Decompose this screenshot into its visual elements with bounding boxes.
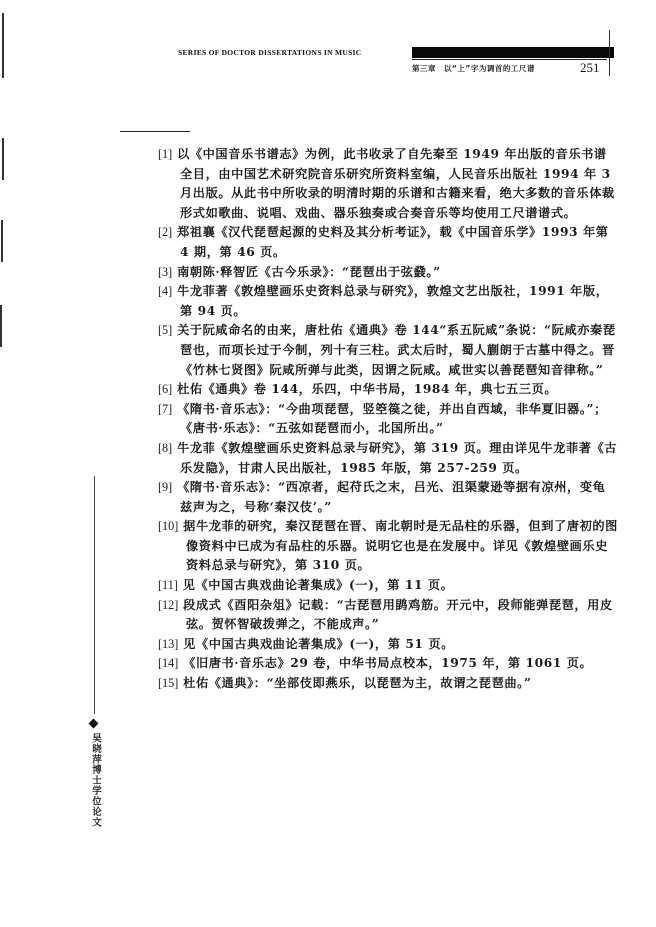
header-vertical-rule bbox=[609, 30, 610, 76]
footnote: [1] 以《中国音乐书谱志》为例，此书收录了自先秦至 1949 年出版的音乐书谱… bbox=[158, 145, 618, 223]
running-header-series: SERIES OF DOCTOR DISSERTATIONS IN MUSIC bbox=[178, 48, 362, 57]
footnote: [2] 郑祖襄《汉代琵琶起源的史料及其分析考证》，载《中国音乐学》1993 年第… bbox=[158, 223, 618, 262]
scan-edge-mark bbox=[0, 305, 2, 347]
footnote: [4] 牛龙菲著《敦煌壁画乐史资料总录与研究》，敦煌文艺出版社，1991 年版，… bbox=[158, 282, 618, 321]
footnote: [9] 《隋书·音乐志》：“西凉者，起苻氏之末，吕光、沮渠蒙逊等据有凉州，变龟兹… bbox=[158, 478, 618, 517]
footnote: [10] 据牛龙菲的研究，秦汉琵琶在晋、南北朝时是无品柱的乐器，但到了唐初的图像… bbox=[158, 517, 618, 576]
scan-edge-mark bbox=[2, 13, 4, 78]
sidebar-vertical-rule bbox=[94, 476, 95, 714]
page-number: 251 bbox=[580, 60, 600, 76]
footnote: [15] 杜佑《通典》：“坐部伎即燕乐，以琵琶为主，故谓之琵琶曲。” bbox=[158, 674, 618, 694]
footnote: [6] 杜佑《通典》卷 144，乐四，中华书局，1984 年，典七五三页。 bbox=[158, 380, 618, 400]
footnote: [11] 见《中国古典戏曲论著集成》(一)，第 11 页。 bbox=[158, 576, 618, 596]
footnote: [12] 段成式《酉阳杂俎》记载：“古琵琶用鹍鸡筋。开元中，段师能弹琵琶，用皮弦… bbox=[158, 596, 618, 635]
footnote: [13] 见《中国古典戏曲论著集成》(一)，第 51 页。 bbox=[158, 635, 618, 655]
diamond-bullet-icon bbox=[89, 719, 99, 729]
footnote: [8] 牛龙菲《敦煌壁画乐史资料总录与研究》，第 319 页。理由详见牛龙菲著《… bbox=[158, 439, 618, 478]
footnote: [5] 关于阮咸命名的由来，唐杜佑《通典》卷 144“系五阮咸”条说：“阮咸亦秦… bbox=[158, 321, 618, 380]
sidebar-author-label: 吴晓萍博士学位论文 bbox=[88, 733, 102, 828]
header-rule bbox=[412, 59, 607, 60]
running-header-chapter: 第三章 以“上”字为调首的工尺谱 bbox=[412, 63, 535, 74]
scan-edge-mark bbox=[2, 138, 4, 180]
scan-edge-mark bbox=[1, 220, 3, 262]
footnote: [14] 《旧唐书·音乐志》29 卷，中华书局点校本，1975 年，第 1061… bbox=[158, 654, 618, 674]
footnote-separator bbox=[120, 131, 190, 132]
footnote: [7] 《隋书·音乐志》：“今曲项琵琶，竖箜篌之徒，并出自西域，非华夏旧器。”；… bbox=[158, 400, 618, 439]
header-black-bar bbox=[412, 47, 614, 58]
footnote-list: [1] 以《中国音乐书谱志》为例，此书收录了自先秦至 1949 年出版的音乐书谱… bbox=[158, 145, 618, 694]
footnote: [3] 南朝陈·释智匠《古今乐录》：“琵琶出于弦鼗。” bbox=[158, 263, 618, 283]
